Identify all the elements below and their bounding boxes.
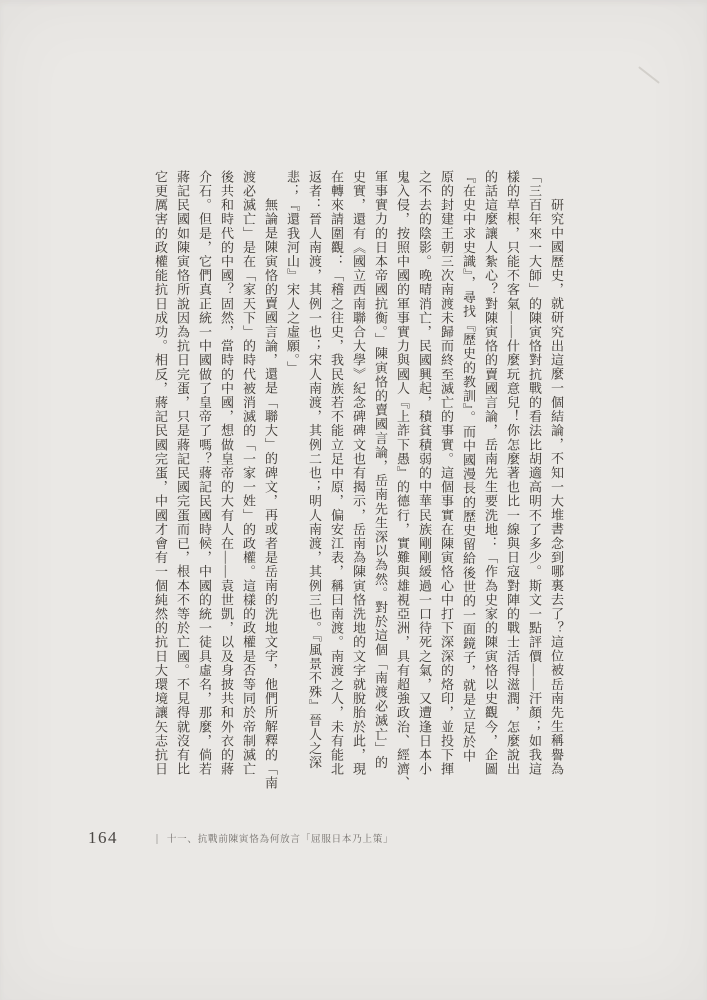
text-column: 悲；『還我河山』宋人之虛願。」 (281, 170, 303, 794)
text-column: 渡必滅亡」是在「家天下」的時代被消滅的「一家一姓」的政權。這樣的政權是否等同於帝… (237, 170, 259, 794)
footer-chapter: ｜ 十一、抗戰前陳寅恪為何放言「屈服日本乃上策」 (152, 831, 393, 846)
text-column: 軍事實力的日本帝國抗衡。」陳寅恪的賣國言論，岳南先生深以為然。對於這個「南渡必滅… (369, 170, 391, 794)
text-column: 原的封建王朝三次南渡未歸而終至滅亡的事實。這個事實在陳寅恪心中打下深深的烙印，並… (435, 170, 457, 794)
text-column: 研究中國歷史，就研究出這麼一個結論，不知一大堆書念到哪裏去了？這位被岳南先生稱譽… (545, 170, 567, 794)
page-number: 164 (88, 828, 118, 848)
text-column: 『在史中求史識』，尋找『歷史的教訓』。而中國漫長的歷史留給後世的一面鏡子，就是立… (457, 170, 479, 794)
page-footer: 164 ｜ 十一、抗戰前陳寅恪為何放言「屈服日本乃上策」 (88, 828, 648, 848)
text-column: 介石。但是，它們真正統一中國做了皇帝了嗎？蔣記民國時候，中國的統一徒具虛名，那麼… (193, 170, 215, 794)
text-column: 的話這麼讓人紮心？對陳寅恪的賣國言論，岳南先生要洗地：「作為史家的陳寅恪以史觀今… (479, 170, 501, 794)
text-block: 研究中國歷史，就研究出這麼一個結論，不知一大堆書念到哪裏去了？這位被岳南先生稱譽… (149, 170, 567, 796)
text-column: 返者：晉人南渡，其例一也；宋人南渡，其例二也；明人南渡，其例三也。『風景不殊』晉… (303, 170, 325, 794)
text-column: 它更厲害的政權能抗日成功。相反，蔣記民國完蛋，中國才會有一個純然的抗日大環境讓矢… (149, 170, 171, 794)
footer-chapter-title: 十一、抗戰前陳寅恪為何放言「屈服日本乃上策」 (167, 831, 394, 845)
book-page: 研究中國歷史，就研究出這麼一個結論，不知一大堆書念到哪裏去了？這位被岳南先生稱譽… (0, 0, 707, 1000)
text-column: 史實，還有《國立西南聯合大學》紀念碑碑文也有揭示，岳南為陳寅恪洗地的文字就脫胎於… (347, 170, 369, 794)
text-column: 無論是陳寅恪的賣國言論，還是「聯大」的碑文，再或者是岳南的洗地文字，他們所解釋的… (259, 170, 281, 794)
text-column: 之不去的陰影。晚晴消亡，民國興起，積貧積弱的中華民族剛剛緩過一口待死之氣，又遭逢… (413, 170, 435, 794)
text-column: 後共和時代的中國？固然，當時的中國，想做皇帝的大有人在——袁世凱，以及身披共和外… (215, 170, 237, 794)
text-column: 在轉來請圍觀：「稽之往史，我民族若不能立足中原，偏安江表，稱曰南渡。南渡之人，未… (325, 170, 347, 794)
text-column: 鬼入侵，按照中國的軍事實力與國人『上詐下愚』的德行，實難與雄視亞洲，具有超強政治… (391, 170, 413, 794)
footer-separator-bar: ｜ (152, 831, 163, 846)
text-column: 蔣記民國如陳寅恪所說因為抗日完蛋，只是蔣記民國完蛋而已，根本不等於亡國。不見得就… (171, 170, 193, 794)
scan-artifact (638, 66, 660, 84)
text-column: 樣的草根，只能不客氣——什麼玩意兒！你怎麼著也比一線與日寇對陣的戰士活得滋潤，怎… (501, 170, 523, 794)
text-column: 「三百年來一大師」的陳寅恪對抗戰的看法比胡適高明不了多少。斯文一點評價——汗顏；… (523, 170, 545, 794)
